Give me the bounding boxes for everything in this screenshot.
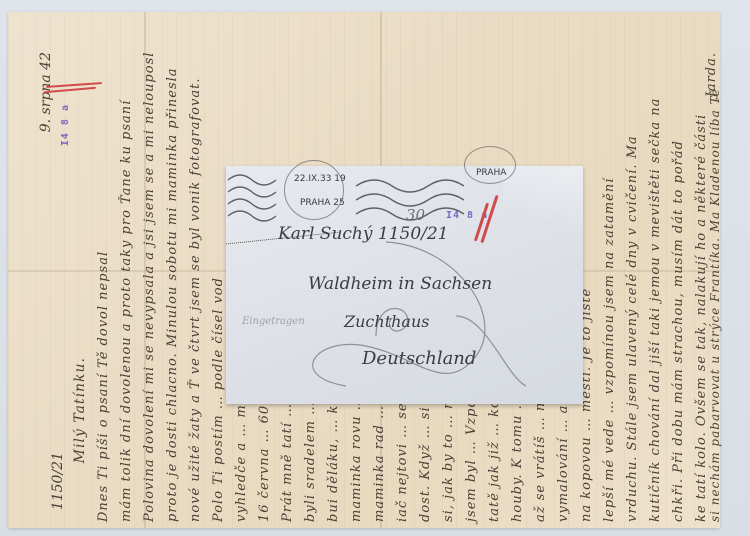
letter-line: si nechám pabarvovat u strýce Frantíka. … [708,52,722,522]
letter-line: nové užité žaty a Ť ve čtvrt jsem se byl… [188,52,203,522]
violet-censor-stamp: I4 8 a [60,104,71,146]
postmark-date: 22.IX.33 19 [294,174,346,184]
address-city: Waldheim in Sachsen [308,274,492,294]
letter-line: Polovina dovolení mi se nevypsala a jsi … [142,52,157,522]
penciled-number: 30 [406,206,425,224]
letter-signature: Jarda. [704,52,719,97]
envelope: 22.IX.33 19 PRAHA 25 PRAHA 30 I4 8 a Kar… [226,166,583,404]
letter-line: Polo Ti postím … podle čísel vod [211,52,226,522]
postmark-circle [284,160,344,220]
postmark-circle [464,146,516,184]
letter-line: proto je dosti chlacno. Minulou sobotu m… [165,52,180,522]
address-country: Deutschland [362,348,476,369]
letter-line: lepší mé vede … vzpomínou jsem na zatamě… [602,52,617,522]
postmark-place: PRAHA 25 [300,198,345,208]
letter-line: chkři. Při dobu mám strachou, musím dát … [671,52,686,522]
address-institution: Zuchthaus [344,312,429,331]
addressee-name: Karl Suchý 1150/21 [278,224,449,244]
postmark-place: PRAHA [476,168,506,178]
letter-greeting: Milý Tatínku. [72,357,88,463]
letter-line: kutičník chování dal jiší taki jemou v m… [648,52,663,522]
letter-line: vrduchu. Stále jsem ulavený celé dny v c… [625,52,640,522]
letter-line: ke tatí kolo. Ovšem se tak, nalakují ho … [694,52,709,522]
letter-line: mám tolik dní dovolenou a proto taky pro… [119,52,134,522]
pencil-note: Eingetragen [242,316,305,327]
prisoner-number: 1150/21 [50,452,66,510]
letter-line: Dnes Ti píši o psaní Tě dovol nepsal [96,52,111,522]
